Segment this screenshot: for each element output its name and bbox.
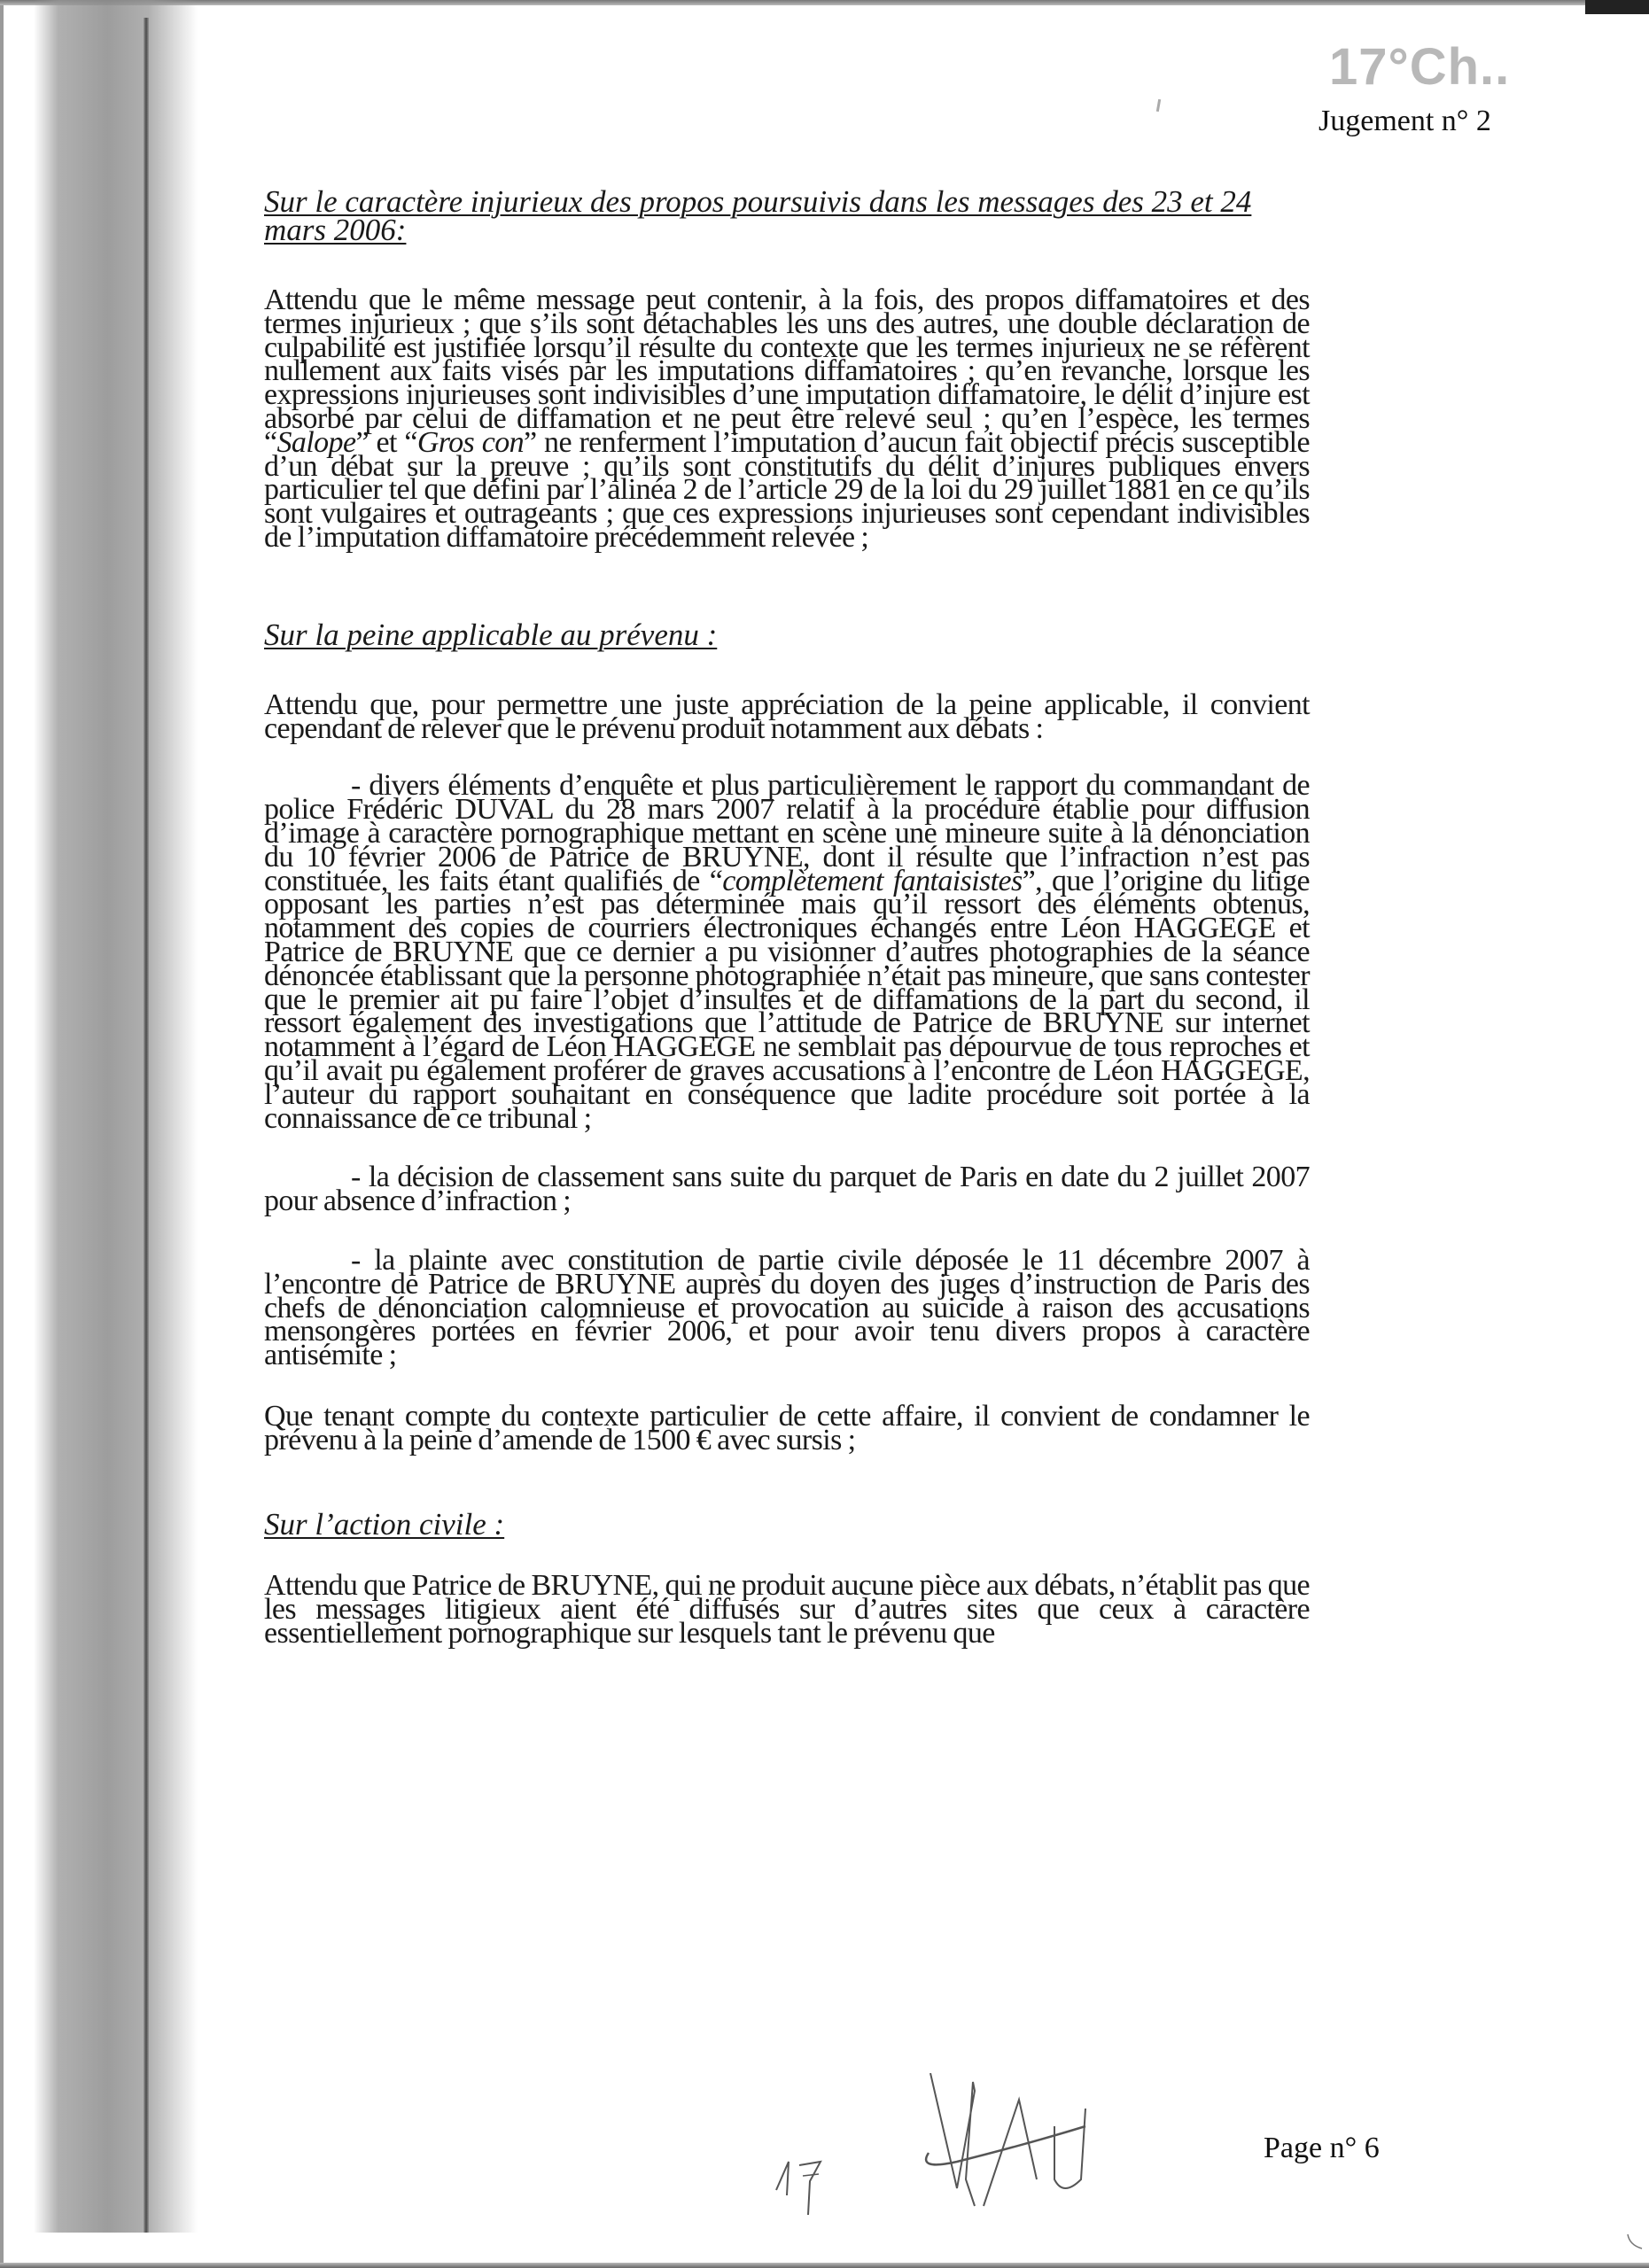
paragraph-civil-action: Attendu que Patrice de BRUYNE, qui ne pr… — [264, 1574, 1310, 1645]
binding-shadow — [34, 0, 198, 2233]
list-item-dismissal-decision: - la décision de classement sans suite d… — [264, 1166, 1310, 1214]
paragraph-injury-analysis: Attendu que le même message peut conteni… — [264, 289, 1310, 550]
list-item-civil-complaint: - la plainte avec constitution de partie… — [264, 1249, 1310, 1368]
scan-top-corner — [1585, 0, 1649, 14]
judgment-number: Jugement n° 2 — [1318, 105, 1491, 138]
scan-left-edge — [0, 0, 4, 2268]
chamber-stamp: 17°Ch.. — [1329, 37, 1510, 97]
page-number: Page n° 6 — [1264, 2132, 1380, 2165]
binding-fold — [144, 18, 149, 2233]
list-item-investigation-report: - divers éléments d’enquête et plus part… — [264, 774, 1310, 1130]
scan-top-edge — [0, 0, 1649, 5]
page-corner-curl — [1626, 2233, 1644, 2250]
paragraph-penalty-conclusion: Que tenant compte du contexte particulie… — [264, 1405, 1310, 1453]
text-run: ”, que l’origine du litige opposant les … — [264, 865, 1310, 1135]
section-heading-civil-action: Sur l’action civile : — [264, 1511, 1310, 1539]
section-heading-injurious-character: Sur le caractère injurieux des propos po… — [264, 188, 1310, 245]
stray-mark — [1156, 99, 1161, 112]
section-heading-penalty: Sur la peine applicable au prévenu : — [264, 621, 1310, 649]
scan-bottom-edge — [0, 2263, 1649, 2268]
signature-icon — [922, 2073, 1170, 2215]
document-body: Sur le caractère injurieux des propos po… — [264, 188, 1310, 1646]
paragraph-penalty-intro: Attendu que, pour permettre une juste ap… — [264, 694, 1310, 742]
handwritten-page-initials — [769, 2135, 849, 2215]
